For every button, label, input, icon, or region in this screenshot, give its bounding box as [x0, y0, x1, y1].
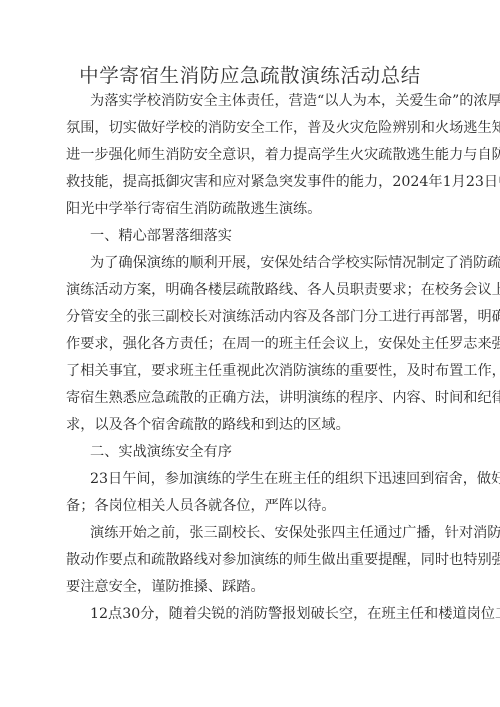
paragraph-line: 12点30分，随着尖锐的消防警报划破长空，在班主任和楼道岗位工 — [90, 604, 434, 624]
paragraph-line: 了相关事宜，要求班主任重视此次消防演练的重要性，及时布置工作，让 — [66, 361, 434, 381]
paragraph-line: 备；各岗位相关人员各就各位，严阵以待。 — [66, 496, 434, 516]
paragraph-line: 为落实学校消防安全主体责任，营造“以人为本，关爱生命”的浓厚 — [90, 91, 434, 111]
paragraph-line: 进一步强化师生消防安全意识，着力提高学生火灾疏散逃生能力与自防自 — [66, 145, 434, 165]
paragraph-line: 作要求，强化各方责任；在周一的班主任会议上，安保处主任罗志来强调 — [66, 334, 434, 354]
paragraph-line: 演练开始之前，张三副校长、安保处张四主任通过广播，针对消防疏 — [90, 523, 434, 543]
paragraph-line: 23日午间，参加演练的学生在班主任的组织下迅速回到宿舍，做好准 — [90, 469, 434, 489]
paragraph-line: 分管安全的张三副校长对演练活动内容及各部门分工进行再部署，明确工 — [66, 307, 434, 327]
section-heading: 一、精心部署落细落实 — [90, 226, 434, 246]
paragraph-line: 为了确保演练的顺利开展，安保处结合学校实际情况制定了消防疏散 — [90, 253, 434, 273]
paragraph-line: 救技能，提高抵御灾害和应对紧急突发事件的能力，2024年1月23日中午， — [66, 172, 434, 192]
paragraph-line: 演练活动方案，明确各楼层疏散路线、各人员职责要求；在校务会议上， — [66, 280, 434, 300]
paragraph-line: 求，以及各个宿舍疏散的路线和到达的区域。 — [66, 415, 434, 435]
section-heading: 二、实战演练安全有序 — [90, 442, 434, 462]
paragraph-line: 散动作要点和疏散路线对参加演练的师生做出重要提醒，同时也特别强调 — [66, 550, 434, 570]
document-title: 中学寄宿生消防应急疏散演练活动总结 — [0, 60, 500, 88]
paragraph-line: 寄宿生熟悉应急疏散的正确方法，讲明演练的程序、内容、时间和纪律要 — [66, 388, 434, 408]
paragraph-line: 阳光中学举行寄宿生消防疏散逃生演练。 — [66, 199, 434, 219]
document-page: 中学寄宿生消防应急疏散演练活动总结 为落实学校消防安全主体责任，营造“以人为本，… — [0, 0, 500, 707]
paragraph-line: 氛围，切实做好学校的消防安全工作，普及火灾危险辨别和火场逃生知识， — [66, 118, 434, 138]
paragraph-line: 要注意安全，谨防推搡、踩踏。 — [66, 577, 434, 597]
